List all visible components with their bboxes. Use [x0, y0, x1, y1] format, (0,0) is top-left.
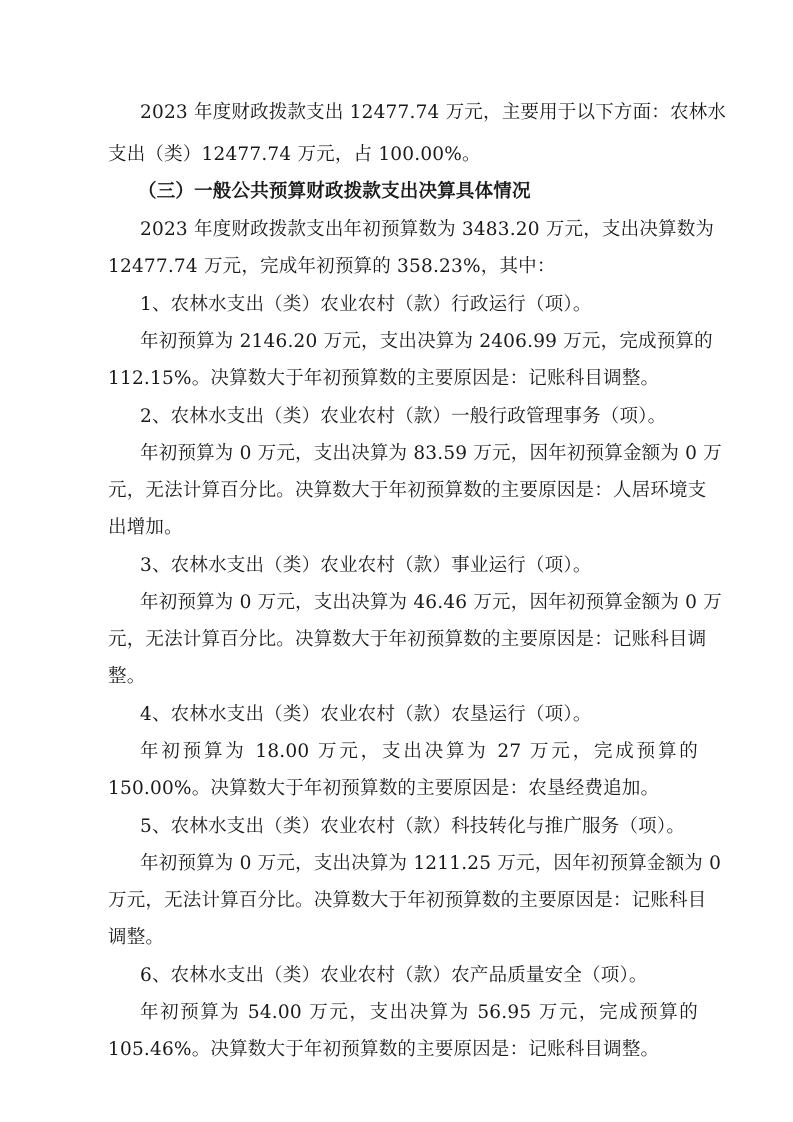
item-body-line: 万元，无法计算百分比。决算数大于年初预算数的主要原因是：记账科目: [108, 890, 698, 912]
item-body-line: 出增加。: [108, 517, 698, 539]
paragraph-line: 12477.74 万元，完成年初预算的 358.23%，其中：: [108, 256, 698, 278]
item-body-line: 150.00%。决算数大于年初预算数的主要原因是：农垦经费追加。: [108, 778, 698, 800]
item-body-line: 年初预算为 0 万元，支出决算为 46.46 万元，因年初预算金额为 0 万: [108, 592, 698, 614]
item-body-line: 元，无法计算百分比。决算数大于年初预算数的主要原因是：记账科目调: [108, 629, 698, 651]
item-body-line: 105.46%。决算数大于年初预算数的主要原因是：记账科目调整。: [108, 1039, 698, 1061]
item-body-line: 年初预算为 0 万元，支出决算为 1211.25 万元，因年初预算金额为 0: [108, 853, 698, 875]
paragraph-line: 2023 年度财政拨款支出年初预算数为 3483.20 万元，支出决算数为: [108, 219, 698, 241]
section-heading: （三）一般公共预算财政拨款支出决算具体情况: [108, 181, 698, 203]
item-body-line: 年初预算为 54.00 万元，支出决算为 56.95 万元，完成预算的: [108, 1002, 698, 1024]
item-body-line: 年初预算为 18.00 万元，支出决算为 27 万元，完成预算的: [108, 741, 698, 763]
item-title: 1、农林水支出（类）农业农村（款）行政运行（项）。: [108, 294, 698, 316]
item-body-line: 年初预算为 0 万元，支出决算为 83.59 万元，因年初预算金额为 0 万: [108, 443, 698, 465]
item-body-line: 整。: [108, 666, 698, 688]
paragraph-line: 2023 年度财政拨款支出 12477.74 万元，主要用于以下方面：农林水: [108, 102, 698, 124]
item-body-line: 调整。: [108, 927, 698, 949]
item-title: 3、农林水支出（类）农业农村（款）事业运行（项）。: [108, 555, 698, 577]
item-body-line: 112.15%。决算数大于年初预算数的主要原因是：记账科目调整。: [108, 368, 698, 390]
paragraph-line: 支出（类）12477.74 万元，占 100.00%。: [108, 144, 698, 166]
item-title: 4、农林水支出（类）农业农村（款）农垦运行（项）。: [108, 704, 698, 726]
item-title: 5、农林水支出（类）农业农村（款）科技转化与推广服务（项）。: [108, 816, 698, 838]
item-title: 2、农林水支出（类）农业农村（款）一般行政管理事务（项）。: [108, 406, 698, 428]
item-title: 6、农林水支出（类）农业农村（款）农产品质量安全（项）。: [108, 965, 698, 987]
item-body-line: 年初预算为 2146.20 万元，支出决算为 2406.99 万元，完成预算的: [108, 331, 698, 353]
item-body-line: 元，无法计算百分比。决算数大于年初预算数的主要原因是：人居环境支: [108, 480, 698, 502]
